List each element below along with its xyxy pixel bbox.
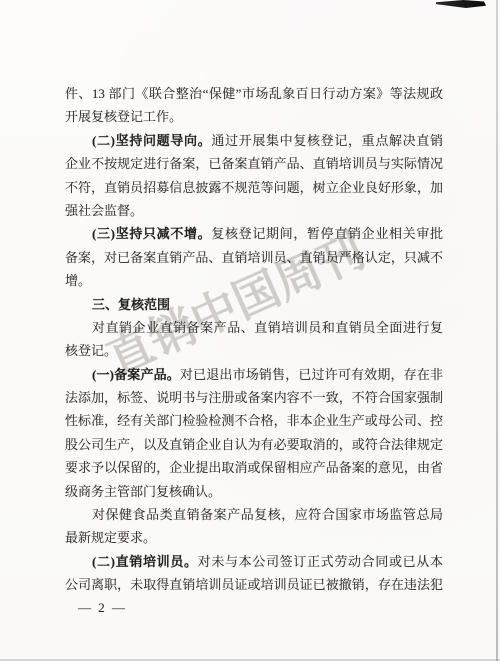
scanned-document-page: 直销中国周刊 件、13 部门《联合整治“保健”市场乱象百日行动方案》等法规政策开… [0,0,500,661]
text-line-body: 备案，对已备案直销产品、直销培训员、直销员严格认定，只减不 [65,250,443,265]
scan-artifact-top-right [436,0,486,8]
text-line-heading: (二)直销培训员。 [92,554,198,569]
text-line-body: 法添加，标签、说明书与注册或备案内容不一致，不符合国家强制 [65,390,443,405]
text-line-body: 要求予以保留的，企业提出取消或保留相应产品备案的意见，由省 [65,460,443,475]
text-line: 要求予以保留的，企业提出取消或保留相应产品备案的意见，由省 [65,456,443,479]
text-line: 公司离职，未取得直销培训员证或培训员证已被撤销，存在违法犯 [65,573,443,596]
text-line: 企业不按规定进行备案，已备案直销产品、直销培训员与实际情况 [65,152,443,175]
text-line: 增。 [65,269,443,292]
text-line-body: 通过开展集中复核登记，重点解决直销 [211,133,443,148]
page-number: — 2 — [78,596,127,619]
text-line: 件、13 部门《联合整治“保健”市场乱象百日行动方案》等法规政策 [65,82,443,105]
text-line: 对保健食品类直销备案产品复核，应符合国家市场监管总局 [65,503,443,526]
document-body: 件、13 部门《联合整治“保健”市场乱象百日行动方案》等法规政策开展复核登记工作… [65,82,443,597]
text-line: 强社会监督。 [65,199,443,222]
text-line-body: 对未与本公司签订正式劳动合同或已从本 [198,554,443,569]
text-line: (一)备案产品。对已退出市场销售，已过许可有效期，存在非 [65,363,443,386]
text-line: 开展复核登记工作。 [65,105,443,128]
text-line: (三)坚持只减不增。复核登记期间，暂停直销企业相关审批 [65,222,443,245]
text-line-body: 级商务主管部门复核确认。 [65,484,221,499]
text-line-body: 开展复核登记工作。 [65,109,182,124]
text-line-body: 性标准，经有关部门检验检测不合格，非本企业生产或母公司、控 [65,413,443,428]
text-line-body: 对直销企业直销备案产品、直销培训员和直销员全面进行复 [92,320,443,335]
text-line-body: 不符，直销员招募信息披露不规范等问题，树立企业良好形象，加 [65,180,443,195]
text-line-body: 增。 [65,273,91,288]
text-line: (二)坚持问题导向。通过开展集中复核登记，重点解决直销 [65,129,443,152]
text-line-body: 对保健食品类直销备案产品复核，应符合国家市场监管总局 [92,507,443,522]
text-line-body: 复核登记期间，暂停直销企业相关审批 [211,226,443,241]
text-line-body: 股公司生产，以及直销企业自认为有必要取消的，或符合法律规定 [65,437,443,452]
text-line-body: 强社会监督。 [65,203,143,218]
text-line-body: 企业不按规定进行备案，已备案直销产品、直销培训员与实际情况 [65,156,443,171]
text-line: 性标准，经有关部门检验检测不合格，非本企业生产或母公司、控 [65,409,443,432]
text-line-body: 公司离职，未取得直销培训员证或培训员证已被撤销，存在违法犯 [65,577,443,592]
text-line-body: 最新规定要求。 [65,530,156,545]
text-line-heading: 三、复核范围 [92,297,170,312]
text-line-body: 件、13 部门《联合整治“保健”市场乱象百日行动方案》等法规政策 [65,86,443,105]
text-line: 不符，直销员招募信息披露不规范等问题，树立企业良好形象，加 [65,176,443,199]
text-line: 三、复核范围 [65,293,443,316]
page-edge-right [496,0,498,661]
text-line-body: 对已退出市场销售，已过许可有效期，存在非 [180,367,443,382]
text-line: 最新规定要求。 [65,526,443,549]
text-line: 备案，对已备案直销产品、直销培训员、直销员严格认定，只减不 [65,246,443,269]
text-line-heading: (一)备案产品。 [92,367,180,382]
text-line: (二)直销培训员。对未与本公司签订正式劳动合同或已从本 [65,550,443,573]
text-line: 核登记。 [65,339,443,362]
text-line: 法添加，标签、说明书与注册或备案内容不一致，不符合国家强制 [65,386,443,409]
text-line-body: 核登记。 [65,343,117,358]
text-line: 对直销企业直销备案产品、直销培训员和直销员全面进行复 [65,316,443,339]
text-line-heading: (二)坚持问题导向。 [92,133,211,148]
text-line: 级商务主管部门复核确认。 [65,480,443,503]
text-line: 股公司生产，以及直销企业自认为有必要取消的，或符合法律规定 [65,433,443,456]
text-line-heading: (三)坚持只减不增。 [92,226,211,241]
